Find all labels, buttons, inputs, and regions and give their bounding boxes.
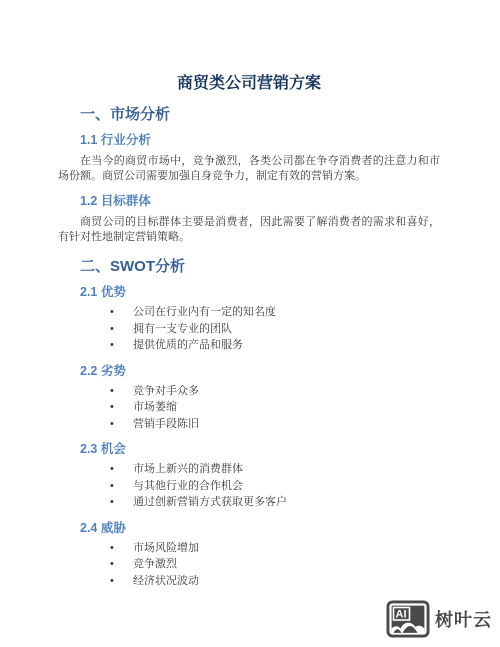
list-item: 与其他行业的合作机会	[110, 478, 440, 495]
subsection-2-3-opportunities-heading: 2.3 机会	[80, 442, 440, 457]
subsection-2-2-weaknesses-heading: 2.2 劣势	[80, 364, 440, 379]
paragraph-industry-analysis: 在当今的商贸市场中，竞争激烈，各类公司都在争夺消费者的注意力和市场份额。商贸公司…	[58, 154, 440, 184]
paragraph-target-group: 商贸公司的目标群体主要是消费者，因此需要了解消费者的需求和喜好，有针对性地制定营…	[58, 215, 440, 245]
opportunities-list: 市场上新兴的消费群体 与其他行业的合作机会 通过创新营销方式获取更多客户	[110, 461, 440, 511]
list-item: 通过创新营销方式获取更多客户	[110, 494, 440, 511]
watermark-logo: AI 树叶云	[386, 600, 492, 638]
list-item: 市场风险增加	[110, 540, 440, 557]
subsection-1-2-target-group-heading: 1.2 目标群体	[80, 194, 440, 209]
ai-image-icon: AI	[386, 600, 430, 638]
document-page: 商贸类公司营销方案 一、市场分析 1.1 行业分析 在当今的商贸市场中，竞争激烈…	[0, 0, 500, 589]
threats-list: 市场风险增加 竞争激烈 经济状况波动	[110, 540, 440, 590]
page-title: 商贸类公司营销方案	[58, 74, 440, 93]
list-item: 竞争对手众多	[110, 383, 440, 400]
list-item: 市场上新兴的消费群体	[110, 461, 440, 478]
list-item: 营销手段陈旧	[110, 416, 440, 433]
ai-icon-label: AI	[396, 609, 407, 621]
weaknesses-list: 竞争对手众多 市场萎缩 营销手段陈旧	[110, 383, 440, 433]
subsection-1-1-industry-analysis-heading: 1.1 行业分析	[80, 133, 440, 148]
watermark-brand-text: 树叶云	[435, 606, 492, 632]
section-1-market-analysis-heading: 一、市场分析	[80, 106, 440, 123]
list-item: 提供优质的产品和服务	[110, 337, 440, 354]
list-item: 经济状况波动	[110, 573, 440, 590]
list-item: 公司在行业内有一定的知名度	[110, 304, 440, 321]
list-item: 拥有一支专业的团队	[110, 321, 440, 338]
section-2-swot-analysis-heading: 二、SWOT分析	[80, 258, 440, 275]
list-item: 市场萎缩	[110, 399, 440, 416]
subsection-2-4-threats-heading: 2.4 威胁	[80, 521, 440, 536]
strengths-list: 公司在行业内有一定的知名度 拥有一支专业的团队 提供优质的产品和服务	[110, 304, 440, 354]
list-item: 竞争激烈	[110, 556, 440, 573]
subsection-2-1-strengths-heading: 2.1 优势	[80, 285, 440, 300]
